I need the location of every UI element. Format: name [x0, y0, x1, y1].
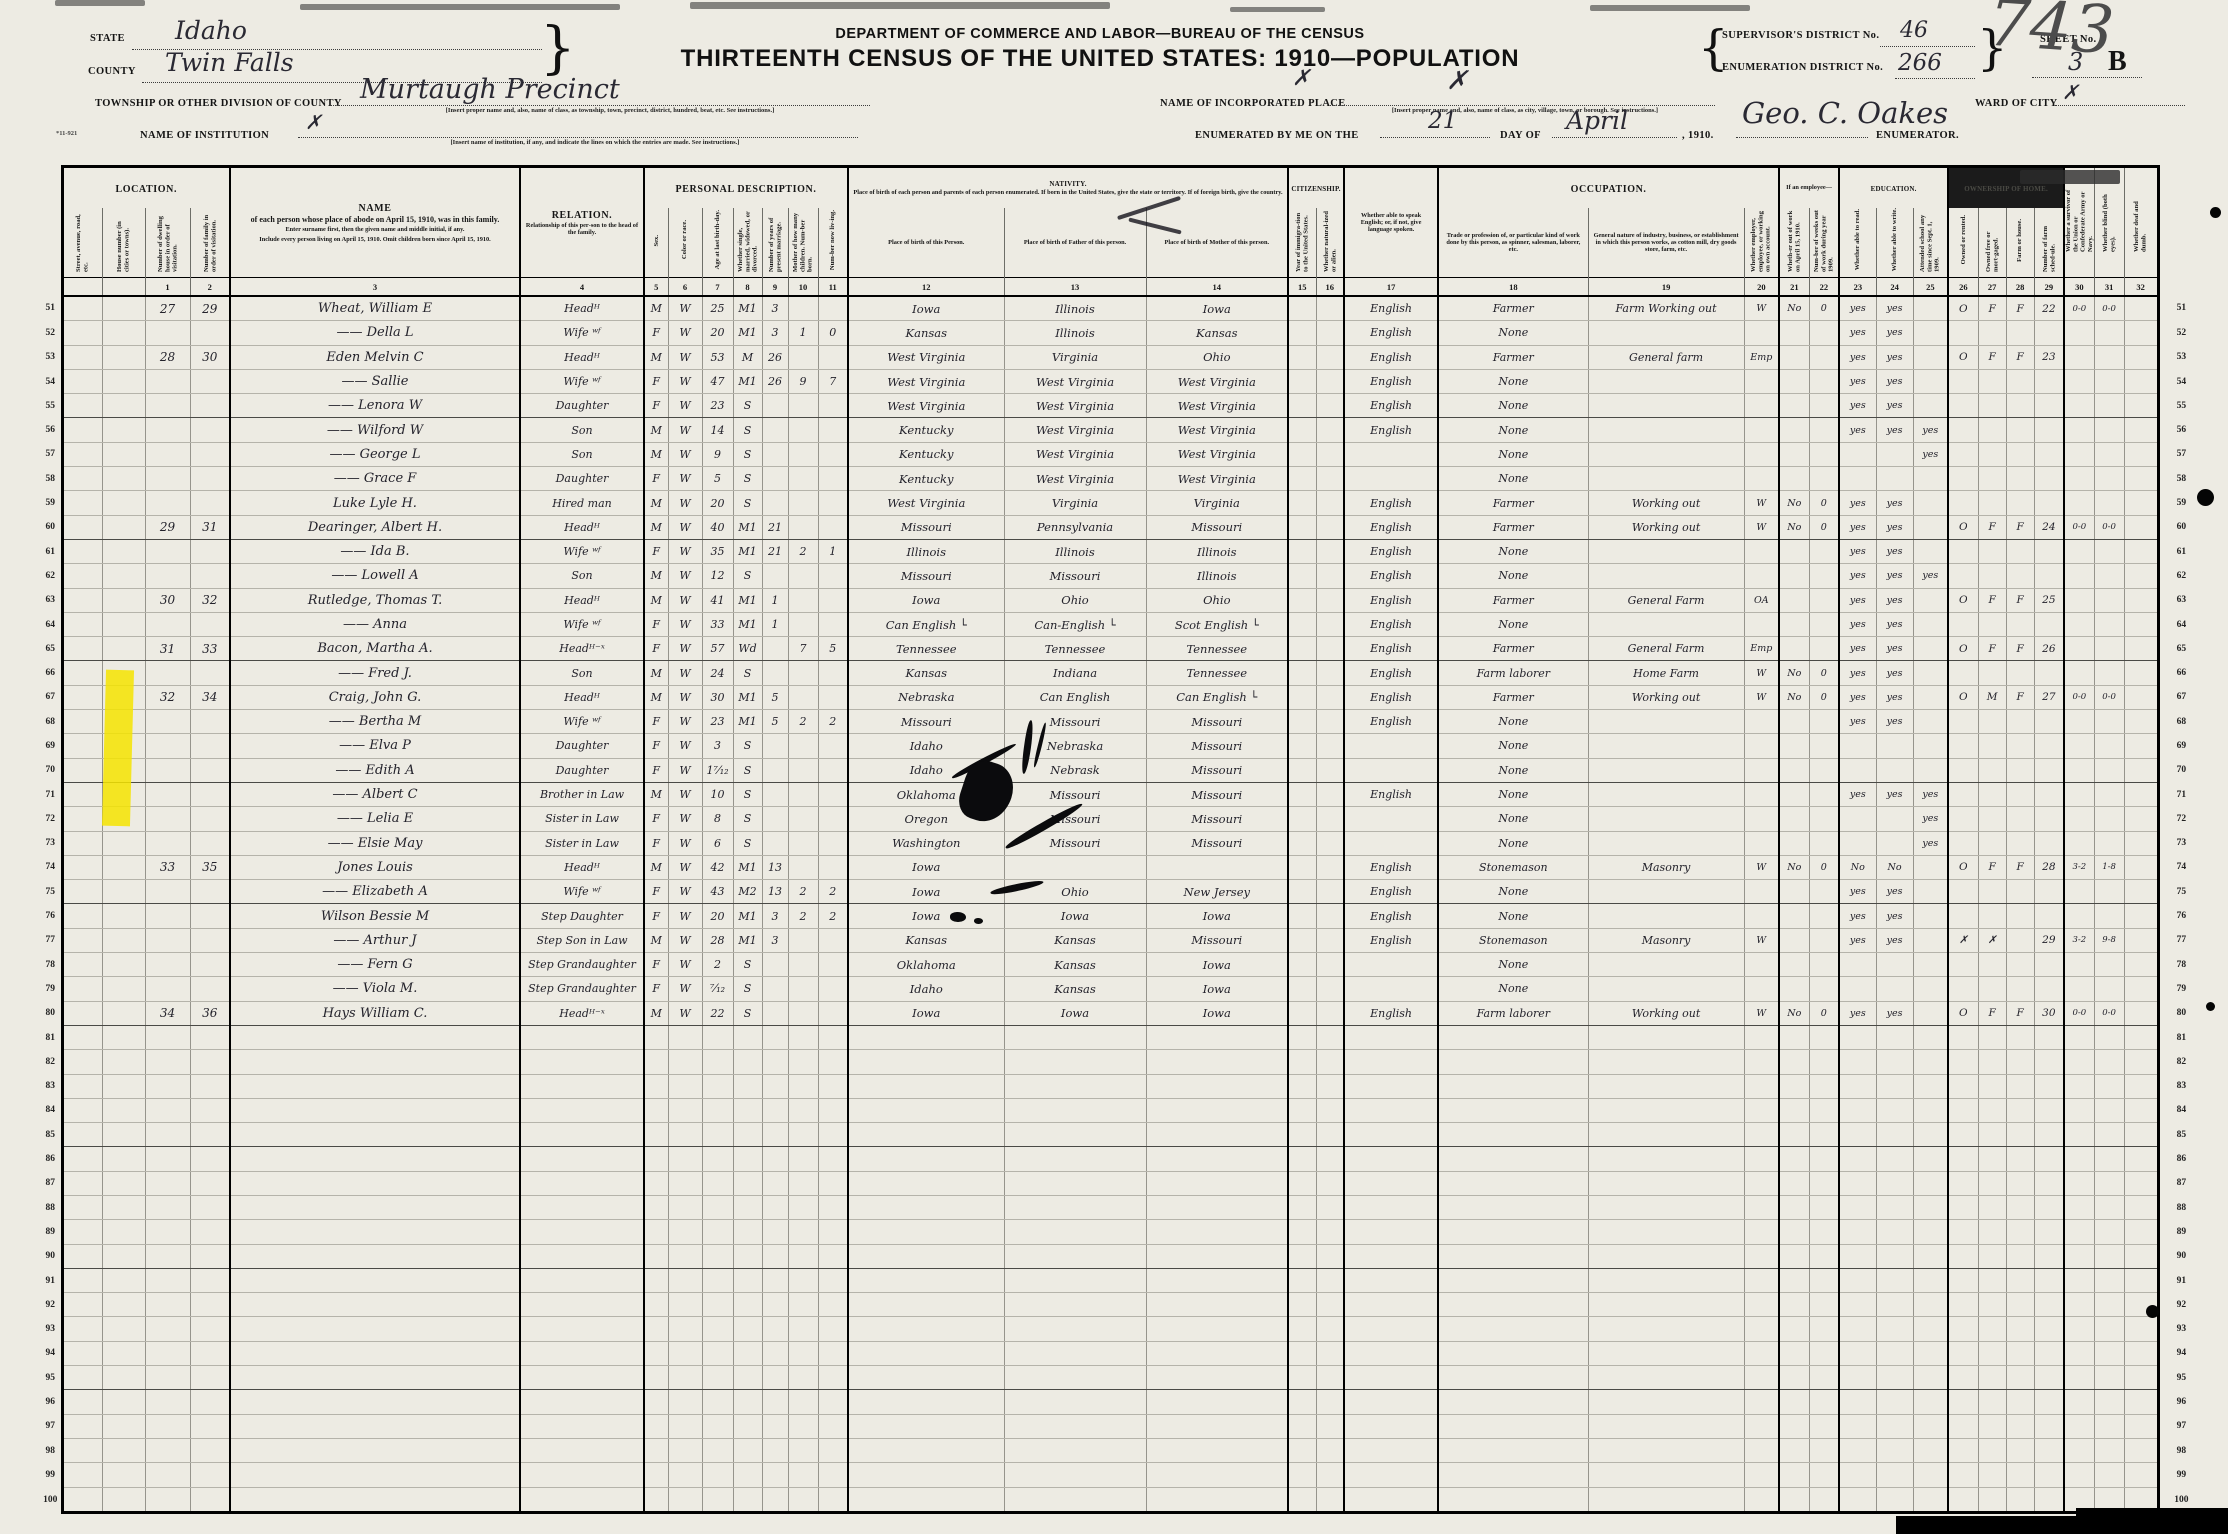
row-number-left: 55	[40, 394, 62, 418]
cell-living	[818, 1147, 848, 1171]
cell-survivor: 0-0	[2064, 515, 2094, 539]
table-row: 8787	[40, 1171, 2203, 1195]
cell-write	[1876, 1487, 1913, 1512]
supervisor-district-label: SUPERVISOR'S DISTRICT No.	[1722, 30, 1879, 41]
cell-english	[1344, 1050, 1438, 1074]
cell-bp_father: Iowa	[1004, 1001, 1146, 1025]
row-number-left: 87	[40, 1171, 62, 1195]
cell-free: F	[1978, 345, 2006, 369]
cell-read: yes	[1839, 539, 1876, 563]
cell-bp_mother: Tennessee	[1146, 637, 1288, 661]
cell-dwelling	[145, 953, 190, 977]
cell-living	[818, 1268, 848, 1292]
table-row: 512729Wheat, William EHeadᴴMW25M13IowaIl…	[40, 296, 2203, 321]
children-living-column-header: Num‑ber now liv‑ing.	[818, 208, 848, 278]
cell-industry	[1588, 1463, 1744, 1487]
cell-living	[818, 1414, 848, 1438]
cell-bp_mother	[1146, 1050, 1288, 1074]
cell-employer	[1744, 1195, 1779, 1219]
cell-trade	[1438, 1390, 1588, 1414]
cell-school: yes	[1913, 807, 1948, 831]
cell-family	[190, 1195, 230, 1219]
cell-read	[1839, 442, 1876, 466]
cell-farm	[2006, 1438, 2034, 1462]
cell-sex	[644, 1098, 668, 1122]
cell-bp_father	[1004, 1195, 1146, 1219]
cell-relation: Wife ʷᶠ	[520, 539, 644, 563]
immigration-column-header: Year of immigra‑tion to the United State…	[1288, 208, 1316, 278]
cell-employer	[1744, 1220, 1779, 1244]
table-row: 57—— George LSonMW9SKentuckyWest Virgini…	[40, 442, 2203, 466]
cell-house	[102, 1147, 145, 1171]
cell-color: W	[668, 855, 702, 879]
cell-survivor	[2064, 1438, 2094, 1462]
cell-street	[62, 1050, 102, 1074]
cell-age: 35	[702, 539, 733, 563]
cell-school	[1913, 977, 1948, 1001]
education-group-header: EDUCATION.	[1839, 167, 1948, 209]
cell-read	[1839, 1220, 1876, 1244]
table-row: 9696	[40, 1390, 2203, 1414]
cell-immigration	[1288, 807, 1316, 831]
cell-family	[190, 904, 230, 928]
cell-survivor	[2064, 1390, 2094, 1414]
cell-relation: Headᴴ⁻ˣ	[520, 637, 644, 661]
cell-deaf	[2124, 831, 2158, 855]
cell-naturalized	[1316, 394, 1344, 418]
cell-bp_father	[1004, 1123, 1146, 1147]
cell-house	[102, 394, 145, 418]
cell-color	[668, 1463, 702, 1487]
cell-sex: F	[644, 807, 668, 831]
cell-age: 53	[702, 345, 733, 369]
cell-name: —— Della L	[230, 321, 520, 345]
cell-out_of_work	[1779, 612, 1809, 636]
cell-family	[190, 1147, 230, 1171]
cell-survivor	[2064, 734, 2094, 758]
cell-blind	[2094, 1220, 2124, 1244]
cell-trade: None	[1438, 758, 1588, 782]
cell-street	[62, 442, 102, 466]
cell-naturalized	[1316, 1414, 1344, 1438]
cell-bp_father: Can-English └	[1004, 612, 1146, 636]
column-number: 23	[1839, 278, 1876, 297]
cell-born	[788, 394, 818, 418]
row-number-right: 72	[2158, 807, 2203, 831]
cell-weeks_out	[1809, 418, 1839, 442]
cell-house	[102, 1487, 145, 1512]
cell-dwelling: 30	[145, 588, 190, 612]
cell-age: 12	[702, 564, 733, 588]
cell-free: F	[1978, 515, 2006, 539]
cell-marital: S	[733, 467, 762, 491]
cell-blind	[2094, 321, 2124, 345]
cell-dwelling	[145, 321, 190, 345]
cell-blind	[2094, 1123, 2124, 1147]
cell-years_married	[762, 734, 788, 758]
scan-smudge	[300, 4, 620, 10]
row-number-right: 52	[2158, 321, 2203, 345]
cell-color: W	[668, 953, 702, 977]
cell-weeks_out	[1809, 1366, 1839, 1390]
cell-free	[1978, 904, 2006, 928]
cell-english: English	[1344, 661, 1438, 685]
cell-industry	[1588, 442, 1744, 466]
cell-color: W	[668, 977, 702, 1001]
cell-marital	[733, 1050, 762, 1074]
cell-immigration	[1288, 1487, 1316, 1512]
cell-out_of_work	[1779, 710, 1809, 734]
column-number: 25	[1913, 278, 1948, 297]
cell-living	[818, 977, 848, 1001]
cell-industry	[1588, 418, 1744, 442]
cell-employer	[1744, 1050, 1779, 1074]
cell-school	[1913, 1414, 1948, 1438]
cell-farm	[2006, 758, 2034, 782]
location-group-header: LOCATION.	[62, 167, 230, 209]
cell-read: yes	[1839, 782, 1876, 806]
cell-weeks_out	[1809, 1268, 1839, 1292]
row-number-right: 79	[2158, 977, 2203, 1001]
cell-english	[1344, 442, 1438, 466]
row-number-right: 73	[2158, 831, 2203, 855]
cell-bp_self	[848, 1366, 1004, 1390]
cell-living	[818, 1390, 848, 1414]
cell-english: English	[1344, 369, 1438, 393]
cell-bp_father: Iowa	[1004, 904, 1146, 928]
cell-survivor	[2064, 1147, 2094, 1171]
years-married-column-header: Number of years of present marriage.	[762, 208, 788, 278]
cell-bp_father: Virginia	[1004, 345, 1146, 369]
cell-read	[1839, 831, 1876, 855]
cell-bp_mother	[1146, 1171, 1288, 1195]
cell-employer	[1744, 1414, 1779, 1438]
row-number-left: 94	[40, 1341, 62, 1365]
cell-farm	[2006, 1414, 2034, 1438]
cell-industry: Working out	[1588, 685, 1744, 709]
cell-trade: None	[1438, 782, 1588, 806]
cell-write	[1876, 1171, 1913, 1195]
cell-living	[818, 928, 848, 952]
column-number: 26	[1948, 278, 1978, 297]
cell-out_of_work	[1779, 369, 1809, 393]
cell-naturalized	[1316, 539, 1344, 563]
row-number-left: 59	[40, 491, 62, 515]
cell-survivor	[2064, 1220, 2094, 1244]
cell-born	[788, 807, 818, 831]
english-column-header: Whether able to speak English; or, if no…	[1344, 167, 1438, 278]
cell-naturalized	[1316, 1317, 1344, 1341]
row-number-left: 68	[40, 710, 62, 734]
row-number-right: 78	[2158, 953, 2203, 977]
cell-english	[1344, 1414, 1438, 1438]
cell-house	[102, 1366, 145, 1390]
cell-blind	[2094, 1025, 2124, 1049]
cell-color	[668, 1220, 702, 1244]
cell-owned	[1948, 1487, 1978, 1512]
cell-schedule	[2034, 491, 2064, 515]
cell-sex: M	[644, 418, 668, 442]
cell-school	[1913, 928, 1948, 952]
cell-deaf	[2124, 1317, 2158, 1341]
cell-born	[788, 1001, 818, 1025]
cell-out_of_work	[1779, 758, 1809, 782]
cell-trade: None	[1438, 807, 1588, 831]
cell-house	[102, 1268, 145, 1292]
cell-family	[190, 491, 230, 515]
cell-trade	[1438, 1171, 1588, 1195]
institution-note: [Insert name of institution, if any, and…	[330, 139, 860, 146]
table-row: 743335Jones LouisHeadᴴMW42M113IowaEnglis…	[40, 855, 2203, 879]
cell-color	[668, 1195, 702, 1219]
cell-house	[102, 588, 145, 612]
cell-schedule	[2034, 369, 2064, 393]
cell-street	[62, 1244, 102, 1268]
cell-owned: O	[1948, 685, 1978, 709]
cell-name	[230, 1414, 520, 1438]
cell-name	[230, 1171, 520, 1195]
cell-family	[190, 1463, 230, 1487]
cell-street	[62, 1487, 102, 1512]
cell-blind	[2094, 612, 2124, 636]
cell-family	[190, 418, 230, 442]
row-number-left: 65	[40, 637, 62, 661]
cell-house	[102, 442, 145, 466]
cell-family: 35	[190, 855, 230, 879]
cell-immigration	[1288, 1220, 1316, 1244]
cell-free	[1978, 880, 2006, 904]
cell-farm	[2006, 904, 2034, 928]
cell-read: No	[1839, 855, 1876, 879]
cell-employer	[1744, 807, 1779, 831]
cell-industry	[1588, 953, 1744, 977]
cell-living	[818, 1195, 848, 1219]
cell-born	[788, 1171, 818, 1195]
cell-trade: Farmer	[1438, 345, 1588, 369]
census-table-body: 512729Wheat, William EHeadᴴMW25M13IowaIl…	[40, 296, 2203, 1512]
table-row: 9797	[40, 1414, 2203, 1438]
cell-relation: Daughter	[520, 394, 644, 418]
cell-out_of_work	[1779, 1293, 1809, 1317]
cell-industry	[1588, 1220, 1744, 1244]
cell-trade: Stonemason	[1438, 855, 1588, 879]
cell-free	[1978, 1123, 2006, 1147]
cell-weeks_out	[1809, 1341, 1839, 1365]
cell-farm	[2006, 880, 2034, 904]
cell-owned	[1948, 369, 1978, 393]
cell-free	[1978, 1050, 2006, 1074]
cell-survivor	[2064, 1050, 2094, 1074]
cell-employer: W	[1744, 661, 1779, 685]
column-number: 24	[1876, 278, 1913, 297]
cell-english	[1344, 1244, 1438, 1268]
cell-naturalized	[1316, 1001, 1344, 1025]
cell-school	[1913, 491, 1948, 515]
row-number-left: 84	[40, 1098, 62, 1122]
cell-family	[190, 369, 230, 393]
cell-employer	[1744, 564, 1779, 588]
cell-living	[818, 831, 848, 855]
cell-write	[1876, 758, 1913, 782]
cell-out_of_work	[1779, 1414, 1809, 1438]
cell-weeks_out	[1809, 1463, 1839, 1487]
cell-street	[62, 1366, 102, 1390]
cell-years_married	[762, 1050, 788, 1074]
cell-immigration	[1288, 1366, 1316, 1390]
enumerated-month: April	[1566, 106, 1628, 135]
cell-age	[702, 1244, 733, 1268]
cell-free	[1978, 369, 2006, 393]
cell-employer	[1744, 1147, 1779, 1171]
cell-owned	[1948, 564, 1978, 588]
cell-born	[788, 1244, 818, 1268]
cell-bp_self	[848, 1268, 1004, 1292]
cell-immigration	[1288, 758, 1316, 782]
cell-free	[1978, 710, 2006, 734]
cell-trade: None	[1438, 394, 1588, 418]
cell-english	[1344, 1195, 1438, 1219]
cell-read	[1839, 1244, 1876, 1268]
cell-name	[230, 1074, 520, 1098]
cell-free	[1978, 321, 2006, 345]
cell-weeks_out	[1809, 782, 1839, 806]
cell-read	[1839, 467, 1876, 491]
cell-years_married	[762, 758, 788, 782]
cell-street	[62, 928, 102, 952]
cell-marital: M1	[733, 539, 762, 563]
cell-name: Bacon, Martha A.	[230, 637, 520, 661]
cell-blind	[2094, 418, 2124, 442]
cell-weeks_out: 0	[1809, 491, 1839, 515]
cell-schedule	[2034, 1317, 2064, 1341]
cell-farm	[2006, 1195, 2034, 1219]
cell-living	[818, 1366, 848, 1390]
cell-family	[190, 1171, 230, 1195]
row-number-right: 98	[2158, 1438, 2203, 1462]
cell-weeks_out: 0	[1809, 1001, 1839, 1025]
row-number-left: 98	[40, 1438, 62, 1462]
cell-dwelling	[145, 782, 190, 806]
trade-column-header: Trade or profession of, or particular ki…	[1438, 208, 1588, 278]
cell-bp_self: Missouri	[848, 515, 1004, 539]
cell-color: W	[668, 564, 702, 588]
cell-free	[1978, 442, 2006, 466]
cell-weeks_out	[1809, 467, 1839, 491]
column-number: 20	[1744, 278, 1779, 297]
cell-write	[1876, 1293, 1913, 1317]
cell-bp_father: Ohio	[1004, 588, 1146, 612]
cell-deaf	[2124, 637, 2158, 661]
row-number-right: 85	[2158, 1123, 2203, 1147]
row-number-right: 96	[2158, 1390, 2203, 1414]
cell-farm	[2006, 369, 2034, 393]
cell-deaf	[2124, 564, 2158, 588]
cell-family	[190, 734, 230, 758]
cell-farm	[2006, 321, 2034, 345]
cell-schedule	[2034, 564, 2064, 588]
cell-farm	[2006, 442, 2034, 466]
cell-house	[102, 296, 145, 321]
cell-name	[230, 1147, 520, 1171]
cell-industry	[1588, 1341, 1744, 1365]
cell-sex: F	[644, 637, 668, 661]
cell-naturalized	[1316, 1366, 1344, 1390]
cell-marital: M1	[733, 321, 762, 345]
cell-living: 2	[818, 880, 848, 904]
cell-employer	[1744, 612, 1779, 636]
cell-bp_self	[848, 1074, 1004, 1098]
cell-school: yes	[1913, 782, 1948, 806]
cell-street	[62, 782, 102, 806]
cell-blind	[2094, 467, 2124, 491]
cell-age	[702, 1195, 733, 1219]
cell-read	[1839, 1438, 1876, 1462]
cell-age	[702, 1098, 733, 1122]
cell-english	[1344, 1293, 1438, 1317]
cell-out_of_work: No	[1779, 491, 1809, 515]
cell-blind	[2094, 1438, 2124, 1462]
cell-read: yes	[1839, 296, 1876, 321]
cell-industry	[1588, 1317, 1744, 1341]
column-number: 21	[1779, 278, 1809, 297]
cell-bp_self: Iowa	[848, 880, 1004, 904]
cell-street	[62, 1001, 102, 1025]
table-row: 71—— Albert CBrother in LawMW10SOklahoma…	[40, 782, 2203, 806]
cell-marital: M1	[733, 855, 762, 879]
cell-bp_father	[1004, 1074, 1146, 1098]
cell-name: —— Grace F	[230, 467, 520, 491]
cell-street	[62, 1171, 102, 1195]
cell-color: W	[668, 807, 702, 831]
column-number: 13	[1004, 278, 1146, 297]
cell-english: English	[1344, 855, 1438, 879]
cell-bp_mother: Ohio	[1146, 588, 1288, 612]
cell-street	[62, 637, 102, 661]
cell-bp_father	[1004, 1244, 1146, 1268]
cell-farm	[2006, 539, 2034, 563]
cell-industry	[1588, 710, 1744, 734]
occupation-group-header: OCCUPATION.	[1438, 167, 1779, 209]
cell-employer: W	[1744, 296, 1779, 321]
cell-bp_father: Illinois	[1004, 539, 1146, 563]
table-header: LOCATION. NAME of each person whose plac…	[40, 167, 2203, 297]
cell-naturalized	[1316, 564, 1344, 588]
table-row: 69—— Elva PDaughterFW3SIdahoNebraskaMiss…	[40, 734, 2203, 758]
cell-immigration	[1288, 1147, 1316, 1171]
cell-read: yes	[1839, 564, 1876, 588]
cell-out_of_work: No	[1779, 1001, 1809, 1025]
cell-english: English	[1344, 418, 1438, 442]
cell-bp_mother	[1146, 1074, 1288, 1098]
cell-weeks_out: 0	[1809, 685, 1839, 709]
cell-industry: Working out	[1588, 1001, 1744, 1025]
cell-out_of_work	[1779, 1220, 1809, 1244]
cell-house	[102, 345, 145, 369]
cell-free	[1978, 1438, 2006, 1462]
cell-living	[818, 394, 848, 418]
cell-survivor	[2064, 321, 2094, 345]
scan-smudge	[1590, 5, 1750, 11]
cell-living	[818, 515, 848, 539]
cell-house	[102, 612, 145, 636]
cell-school	[1913, 1341, 1948, 1365]
cell-sex	[644, 1123, 668, 1147]
cell-name: Jones Louis	[230, 855, 520, 879]
cell-immigration	[1288, 928, 1316, 952]
cell-owned	[1948, 880, 1978, 904]
cell-relation: Step Grandaughter	[520, 953, 644, 977]
cell-sex	[644, 1414, 668, 1438]
